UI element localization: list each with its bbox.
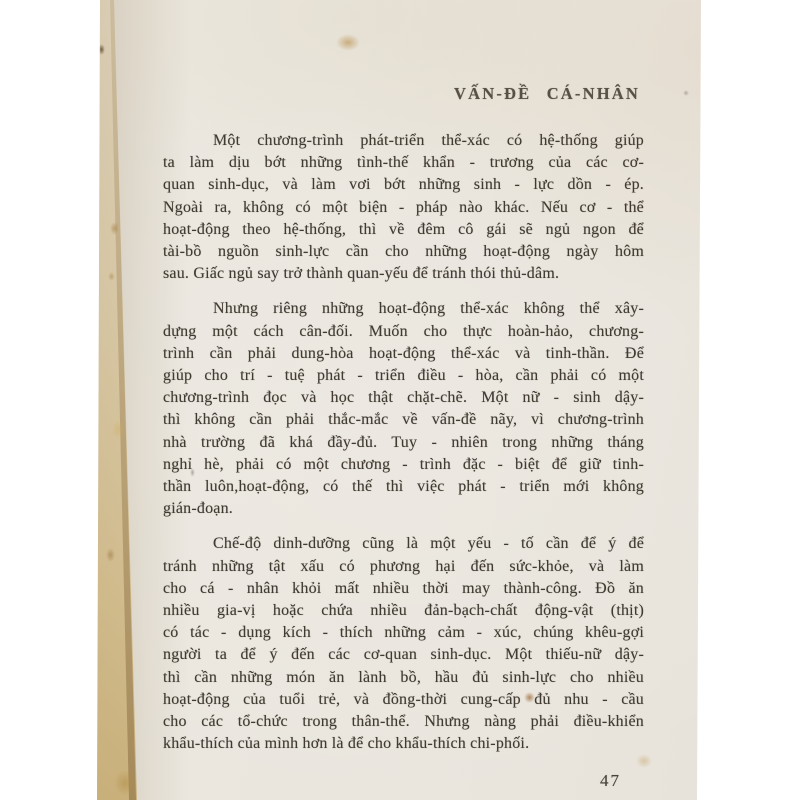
paper-stain [336,34,360,51]
text-line: nhiều gia-vị hoặc chứa nhiều đản-bạch-ch… [163,600,644,622]
text-line: gián-đoạn. [163,498,644,520]
body-text: Một chương-trình phát-triển thể-xác có h… [163,130,644,755]
text-line: cho các tổ-chức trong thân-thể. Nhưng nà… [163,711,644,733]
text-line: giúp cho trí - tuệ phát - triển điều - h… [163,365,644,387]
chapter-title: VẤN-ĐỀ CÁ-NHÂN [163,84,644,104]
text-line: Nhưng riêng những hoạt-động thể-xác khôn… [163,298,644,320]
text-line: có tác - dụng kích - thích những cảm - x… [163,622,644,644]
text-line: trình cần phải dung-hòa hoạt-động thể-xá… [163,343,644,365]
text-line: Ngoài ra, không có một biện - pháp nào k… [163,197,644,219]
paragraph: Chế-độ dinh-dưỡng cũng là một yếu - tố c… [163,533,644,755]
text-line: khẩu-thích của mình hơn là để cho khẩu-t… [163,733,644,755]
text-line: sau. Giấc ngủ say trở thành quan-yếu để … [163,263,644,285]
text-line: hoạt-động theo hệ-thống, thì về đêm cô g… [163,219,644,241]
text-line: tránh những tật xấu có phương hại đến sứ… [163,556,644,578]
text-line: Một chương-trình phát-triển thể-xác có h… [163,130,644,152]
paper-stain [683,90,689,96]
text-line: ta làm dịu bớt những tình-thế khẩn - trư… [163,152,644,174]
text-line: tài-bồ nguồn sinh-lực cần cho những hoạt… [163,241,644,263]
text-line: quan sinh-dục, và làm vơi bớt những sinh… [163,174,644,196]
book-page: VẤN-ĐỀ CÁ-NHÂN Một chương-trình phát-tri… [0,0,800,800]
printed-content: VẤN-ĐỀ CÁ-NHÂN Một chương-trình phát-tri… [163,84,644,768]
text-line: thần luôn,hoạt-động, có thế thì việc phá… [163,476,644,498]
page-number: 47 [600,771,621,791]
text-line: thì cần những món ăn lành bồ, hầu đủ sin… [163,667,644,689]
text-line: Chế-độ dinh-dưỡng cũng là một yếu - tố c… [163,533,644,555]
text-line: hoạt-động của tuổi trẻ, và đồng-thời cun… [163,689,644,711]
text-line: thì không cần phải thắc-mắc về vấn-đề nã… [163,409,644,431]
text-line: nhà trường đã khá đầy-đủ. Tuy - nhiên tr… [163,432,644,454]
paragraph: Nhưng riêng những hoạt-động thể-xác khôn… [163,298,644,520]
paragraph: Một chương-trình phát-triển thể-xác có h… [163,130,644,285]
photo-canvas: VẤN-ĐỀ CÁ-NHÂN Một chương-trình phát-tri… [0,0,800,800]
text-line: nghỉ hè, phải có một chương - trình đặc … [163,454,644,476]
text-line: dựng một cách cân-đối. Muốn cho thực hoà… [163,321,644,343]
text-line: cho cá - nhân khỏi mất nhiều thời may th… [163,578,644,600]
text-line: người ta để ý đến các cơ-quan sinh-dục. … [163,644,644,666]
text-line: chương-trình đọc và học thật chặt-chẽ. M… [163,387,644,409]
